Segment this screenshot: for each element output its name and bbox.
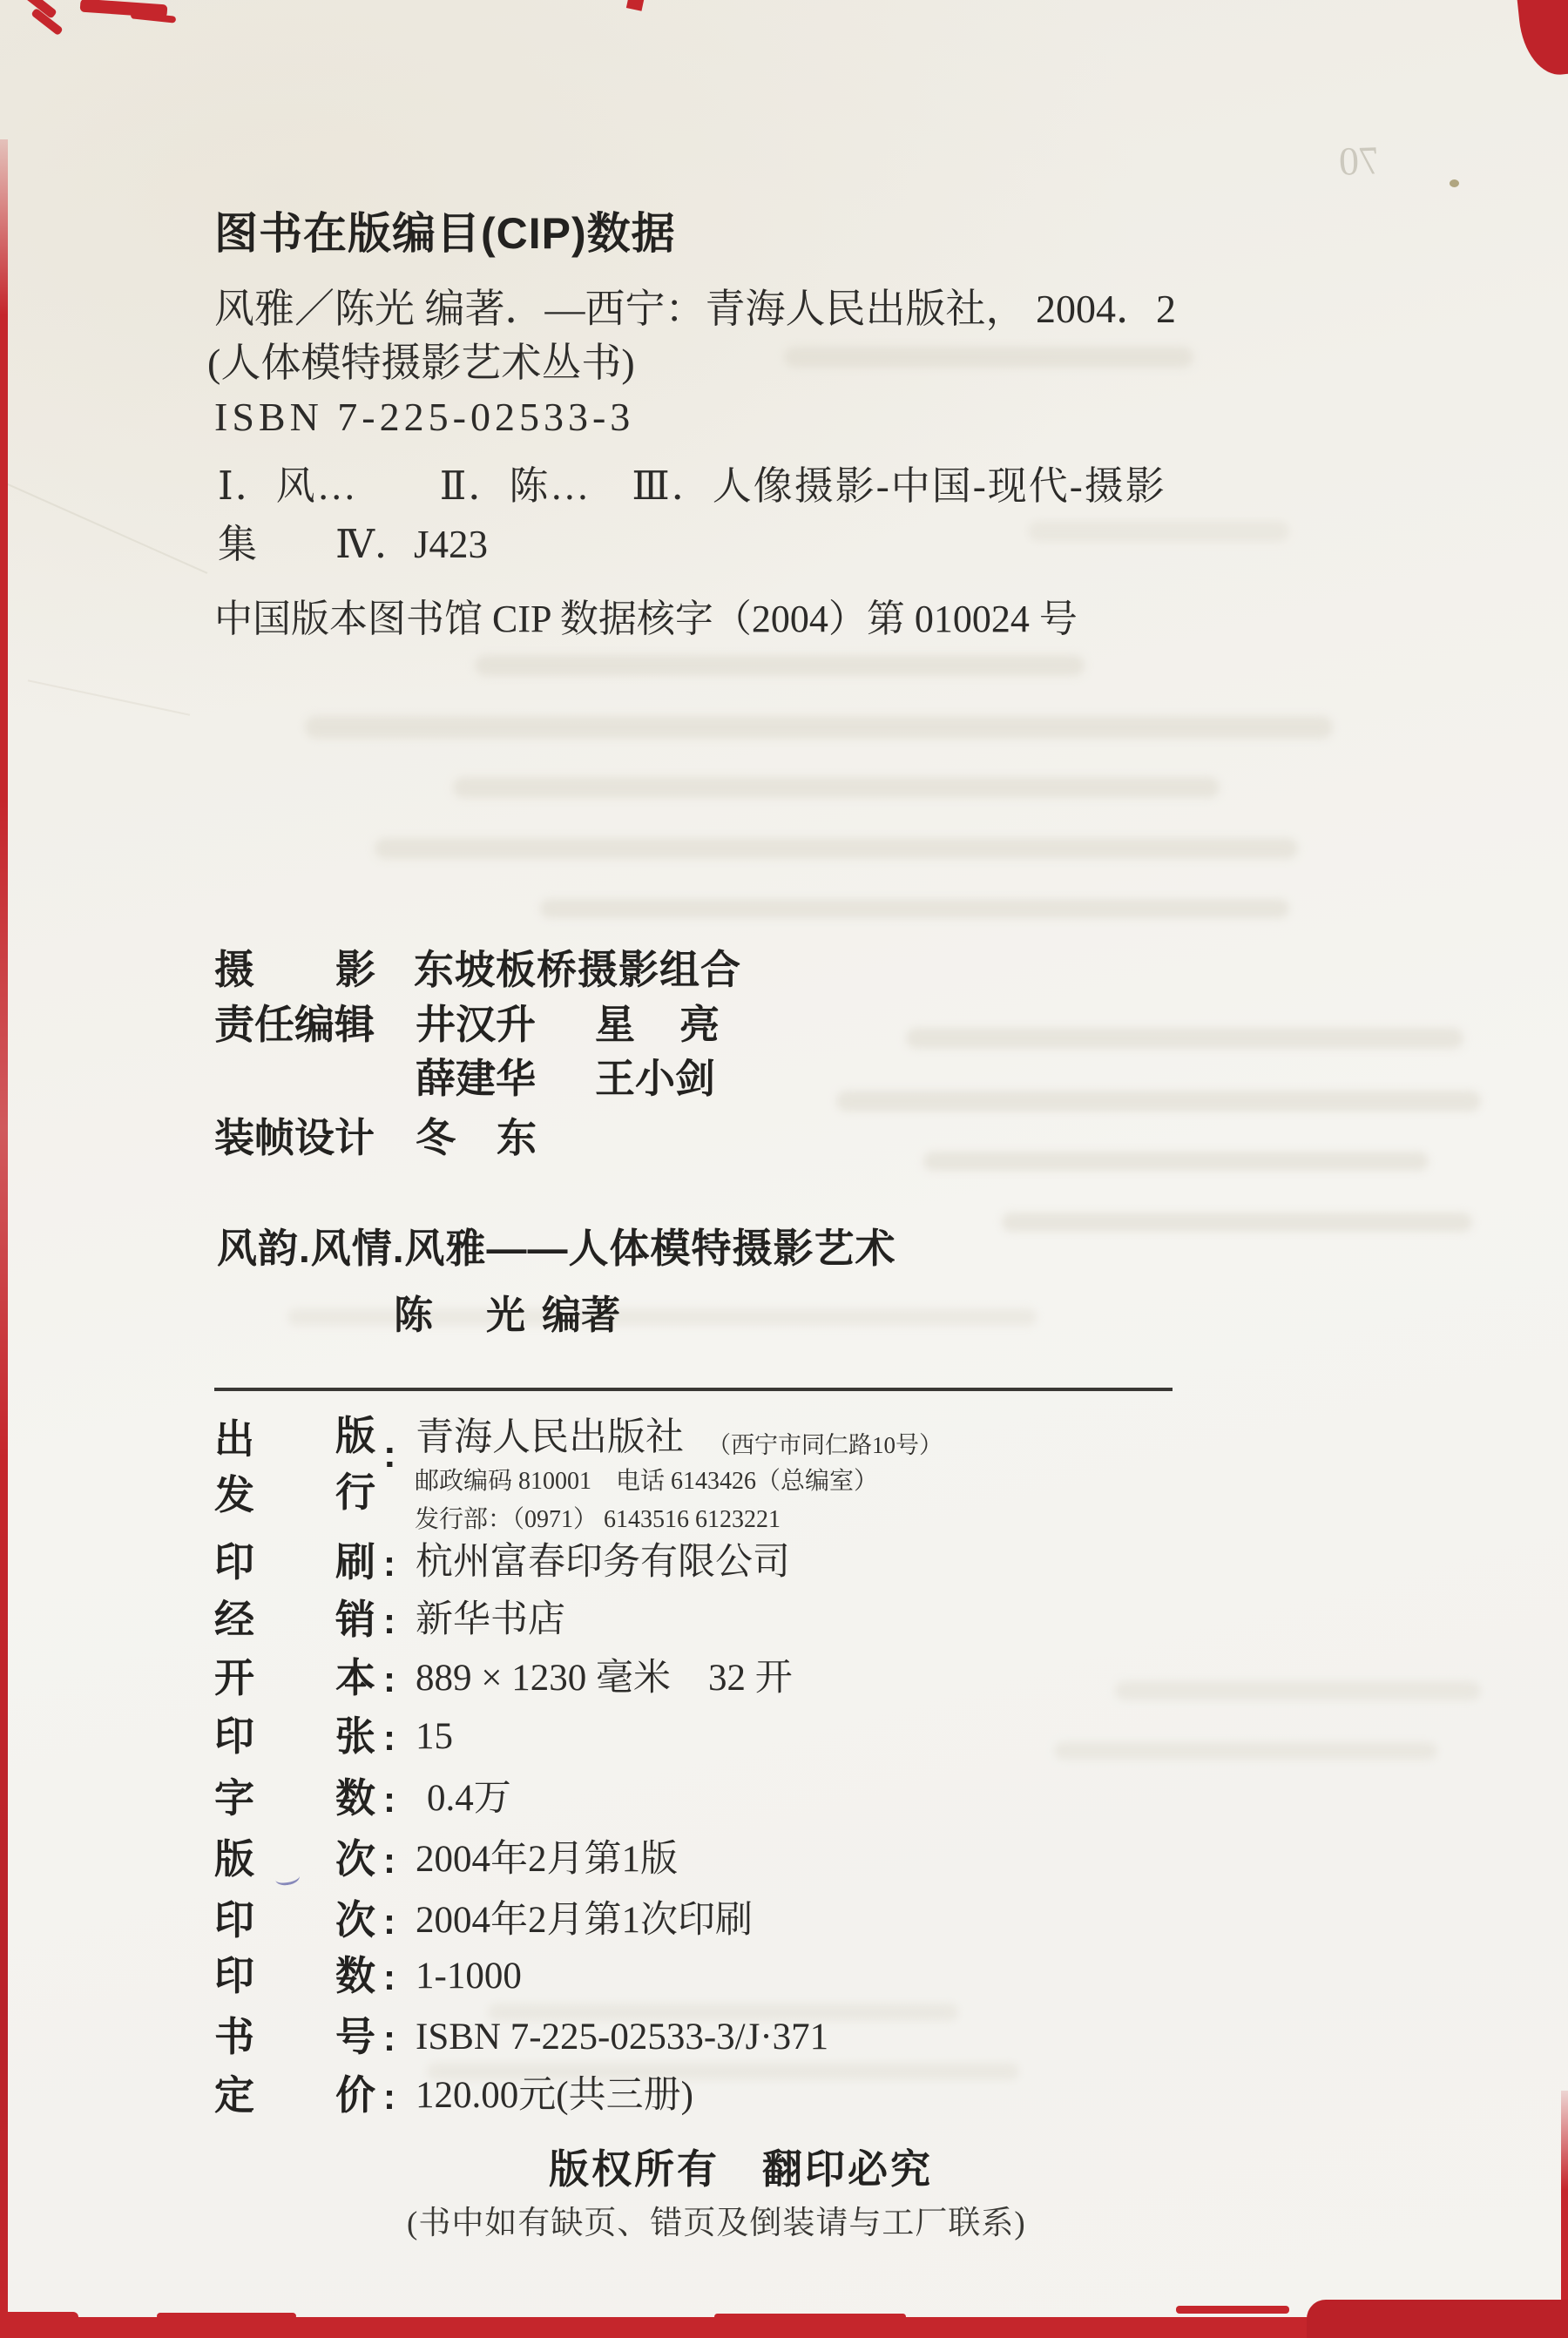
publish-label: 出 xyxy=(214,1419,254,1459)
colophon-row-value: 889 × 1230 毫米 32 开 xyxy=(416,1659,793,1697)
colophon-row-label: 数 xyxy=(335,1778,375,1818)
book-copyright-page: 70 图书在版编目(CIP)数据 风雅／陈光 编著．—西宁：青海人民出版社， 2… xyxy=(0,0,1568,2338)
red-edge-bump xyxy=(0,2312,78,2322)
publisher-address: （西宁市同仁路10号） xyxy=(707,1434,943,1457)
cip-record-line: 中国版本图书馆 CIP 数据核字（2004）第 010024 号 xyxy=(214,600,1078,639)
colophon-row-colon: : xyxy=(383,1903,395,1940)
photography-label: 摄 xyxy=(214,949,254,990)
colophon-row-label: 次 xyxy=(335,1900,375,1940)
red-edge-mark xyxy=(626,0,644,11)
distribution-line: 发行部：（0971） 6143516 6123221 xyxy=(415,1508,781,1532)
designer-name: 冬 xyxy=(416,1118,456,1158)
book-author-role: 编著 xyxy=(542,1295,620,1335)
designer-name: 东 xyxy=(497,1118,537,1158)
colophon-row-label: 号 xyxy=(335,2017,375,2057)
colophon-row-label: 印 xyxy=(214,1956,254,1996)
colophon-row-colon: : xyxy=(383,1842,395,1879)
publish-colon: : xyxy=(383,1436,396,1474)
colophon-row-label: 次 xyxy=(335,1839,375,1879)
cip-series-line: (人体模特摄影艺术丛书) xyxy=(207,343,635,383)
cip-classification-line2: 集 Ⅳ．J423 xyxy=(218,525,488,564)
colophon-row-label: 定 xyxy=(214,2075,254,2115)
red-edge-left xyxy=(0,139,8,2338)
cip-title-line: 风雅／陈光 编著．—西宁：青海人民出版社， 2004．2 xyxy=(214,289,1176,329)
colophon-row-label: 开 xyxy=(214,1658,254,1698)
paper-crease xyxy=(28,679,190,715)
red-edge-bump xyxy=(157,2313,296,2320)
colophon-row-label: 字 xyxy=(214,1778,254,1818)
colophon-row-value: 2004年2月第1次印刷 xyxy=(416,1902,753,1939)
red-edge-mark xyxy=(131,11,177,23)
bleedthrough-smudge xyxy=(305,716,1333,739)
colophon-row-value: 15 xyxy=(416,1718,453,1755)
colophon-row-value: 2004年2月第1版 xyxy=(416,1841,678,1878)
colophon-row-colon: : xyxy=(383,1781,395,1818)
bleedthrough-smudge xyxy=(1002,1213,1472,1232)
cip-classification-line1: Ⅰ．风… Ⅱ．陈… Ⅲ．人像摄影-中国-现代-摄影 xyxy=(218,467,1166,506)
bleedthrough-smudge xyxy=(784,347,1193,368)
cip-isbn-line: ISBN 7-225-02533-3 xyxy=(214,397,634,437)
colophon-row-label: 价 xyxy=(335,2075,375,2115)
colophon-row-value: 1-1000 xyxy=(416,1957,522,1995)
publish-label: 发 xyxy=(214,1475,254,1515)
bleedthrough-smudge xyxy=(453,777,1220,798)
colophon-row-colon: : xyxy=(383,2078,395,2115)
paper-crease xyxy=(0,473,207,574)
colophon-row-label: 张 xyxy=(335,1716,375,1756)
bleedthrough-smudge xyxy=(475,655,1085,676)
colophon-row-label: 刷 xyxy=(335,1542,375,1582)
publisher-name: 青海人民出版社 xyxy=(416,1418,684,1456)
colophon-row-colon: : xyxy=(383,1603,395,1639)
book-title: 风韵.风情.风雅——人体模特摄影艺术 xyxy=(217,1228,896,1268)
colophon-row-colon: : xyxy=(383,1545,395,1582)
colophon-row-label: 经 xyxy=(214,1599,254,1639)
stain-speck xyxy=(1450,179,1459,187)
colophon-row-label: 书 xyxy=(214,2017,254,2057)
pen-mark xyxy=(274,1869,301,1888)
postal-phone-line: 邮政编码 810001 电话 6143426（总编室） xyxy=(415,1470,878,1494)
colophon-row-colon: : xyxy=(383,2020,395,2057)
colophon-row-colon: : xyxy=(383,1959,395,1996)
bleedthrough-smudge xyxy=(1054,1742,1437,1760)
colophon-row-value: 120.00元(共三册) xyxy=(416,2077,693,2114)
design-label: 装帧设计 xyxy=(214,1118,375,1158)
photography-value: 东坡板桥摄影组合 xyxy=(414,949,741,990)
bleedthrough-smudge xyxy=(1115,1681,1481,1700)
colophon-row-label: 销 xyxy=(335,1599,375,1639)
editor-name: 亮 xyxy=(679,1004,720,1044)
copyright-notice: 版权所有 翻印必究 xyxy=(549,2149,933,2189)
colophon-row-label: 印 xyxy=(214,1542,254,1582)
bleedthrough-smudge xyxy=(1028,521,1289,542)
colophon-row-label: 印 xyxy=(214,1900,254,1940)
contact-note: (书中如有缺页、错页及倒装请与工厂联系) xyxy=(407,2207,1026,2240)
red-edge-corner-topright xyxy=(1517,0,1568,78)
colophon-row-value: 新华书店 xyxy=(416,1601,565,1639)
publish-label: 版 xyxy=(335,1416,375,1456)
colophon-row-value: ISBN 7-225-02533-3/J·371 xyxy=(416,2018,828,2056)
editor-name: 王小剑 xyxy=(595,1058,715,1098)
bleedthrough-smudge xyxy=(906,1028,1463,1049)
bleedthrough-smudge xyxy=(375,838,1298,859)
editor-name: 井汉升 xyxy=(416,1004,536,1044)
colophon-row-label: 印 xyxy=(214,1716,254,1756)
bleedthrough-smudge xyxy=(836,1091,1481,1112)
colophon-row-label: 数 xyxy=(335,1956,375,1996)
bleedthrough-smudge xyxy=(540,899,1289,918)
editor-name: 星 xyxy=(595,1004,635,1044)
red-edge-bump xyxy=(1176,2306,1289,2314)
editor-name: 薛建华 xyxy=(416,1058,536,1098)
red-edge-bottom-thick xyxy=(1307,2300,1568,2338)
book-author: 光 xyxy=(486,1295,525,1335)
colophon-row-colon: : xyxy=(383,1720,395,1756)
divider-rule xyxy=(214,1388,1173,1391)
colophon-row-colon: : xyxy=(383,1661,395,1698)
chief-editor-label: 责任编辑 xyxy=(214,1004,375,1044)
cip-header: 图书在版编目(CIP)数据 xyxy=(214,212,676,255)
ghost-page-number: 70 xyxy=(1338,137,1380,185)
publish-label: 行 xyxy=(335,1472,375,1512)
colophon-row-value: 0.4万 xyxy=(427,1780,511,1817)
bleedthrough-smudge xyxy=(923,1152,1429,1171)
colophon-row-label: 版 xyxy=(214,1839,254,1879)
photography-label: 影 xyxy=(335,949,375,990)
book-author: 陈 xyxy=(394,1295,433,1335)
colophon-row-value: 杭州富春印务有限公司 xyxy=(416,1544,790,1581)
colophon-row-label: 本 xyxy=(335,1658,375,1698)
red-edge-bump xyxy=(714,2314,906,2320)
